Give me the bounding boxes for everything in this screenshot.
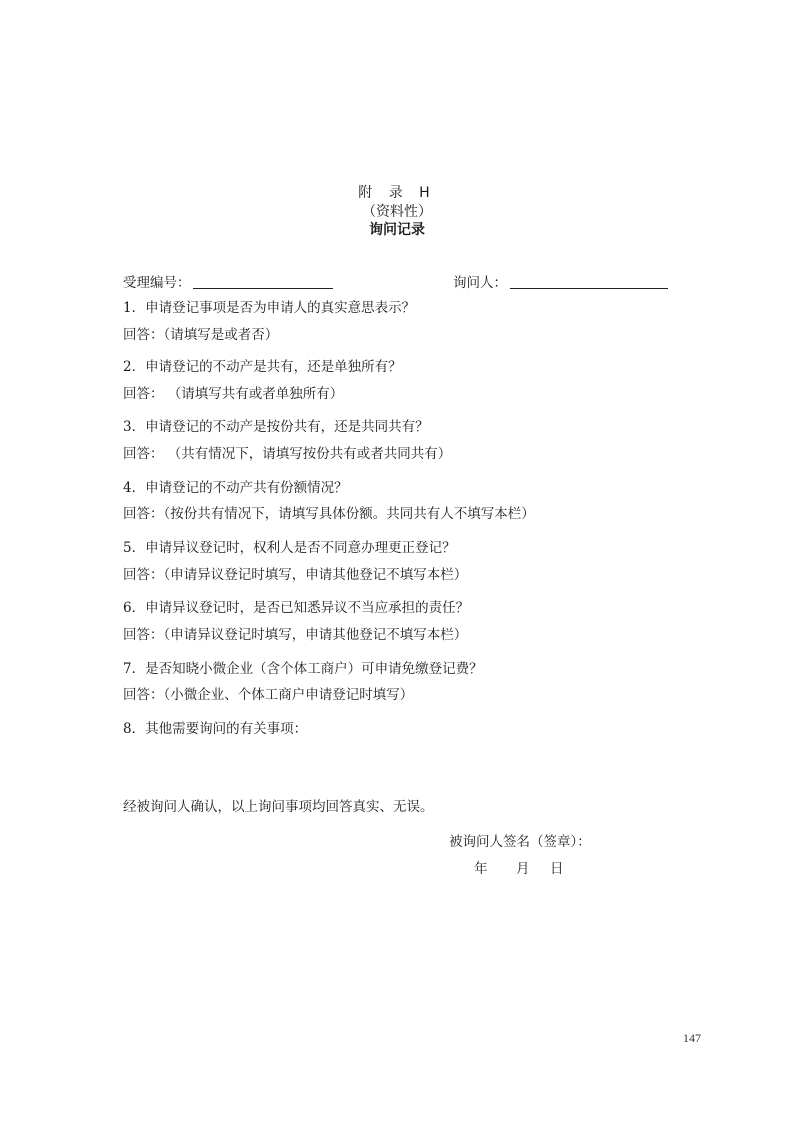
appendix-label: 附 录 H [0,184,794,202]
question-3: 3．申请登记的不动产是按份共有，还是共同共有？ [123,418,429,436]
date-month-label: 月 [516,860,530,878]
question-7: 7．是否知晓小微企业（含个体工商户）可申请免缴登记费？ [123,660,483,678]
answer-4: 回答：（按份共有情况下，请填写具体份额。共同共有人不填写本栏） [123,505,535,523]
page-title: 询问记录 [0,221,794,239]
answer-5: 回答：（申请异议登记时填写，申请其他登记不填写本栏） [123,566,467,584]
answer-1: 回答：（请填写是或者否） [123,326,278,344]
appendix-nature: （资料性） [0,203,794,221]
date-day-label: 日 [550,860,564,878]
inquirer-field[interactable] [510,288,668,289]
confirmation-statement: 经被询问人确认，以上询问事项均回答真实、无误。 [123,798,434,816]
date-year-label: 年 [474,860,488,878]
acceptance-no-field[interactable] [193,288,333,289]
answer-2: 回答： （请填写共有或者单独所有） [123,385,343,403]
question-6: 6．申请异议登记时，是否已知悉异议不当应承担的责任？ [123,599,469,617]
question-4: 4．申请登记的不动产共有份额情况？ [123,479,348,497]
signature-label: 被询问人签名（签章）： [449,833,591,851]
answer-7: 回答：（小微企业、个体工商户申请登记时填写） [123,686,413,704]
question-2: 2．申请登记的不动产是共有，还是单独所有？ [123,358,402,376]
page-number: 147 [683,1031,701,1046]
question-8: 8．其他需要询问的有关事项： [123,720,307,738]
question-1: 1．申请登记事项是否为申请人的真实意思表示？ [123,299,415,317]
document-page: 附 录 H （资料性） 询问记录 受理编号： 询问人： 1．申请登记事项是否为申… [0,0,794,1122]
question-5: 5．申请异议登记时，权利人是否不同意办理更正登记？ [123,539,456,557]
answer-6: 回答：（申请异议登记时填写，申请其他登记不填写本栏） [123,626,467,644]
acceptance-no-label: 受理编号： [123,274,191,292]
answer-3: 回答： （共有情况下，请填写按份共有或者共同共有） [123,445,451,463]
inquirer-label: 询问人： [453,274,507,292]
